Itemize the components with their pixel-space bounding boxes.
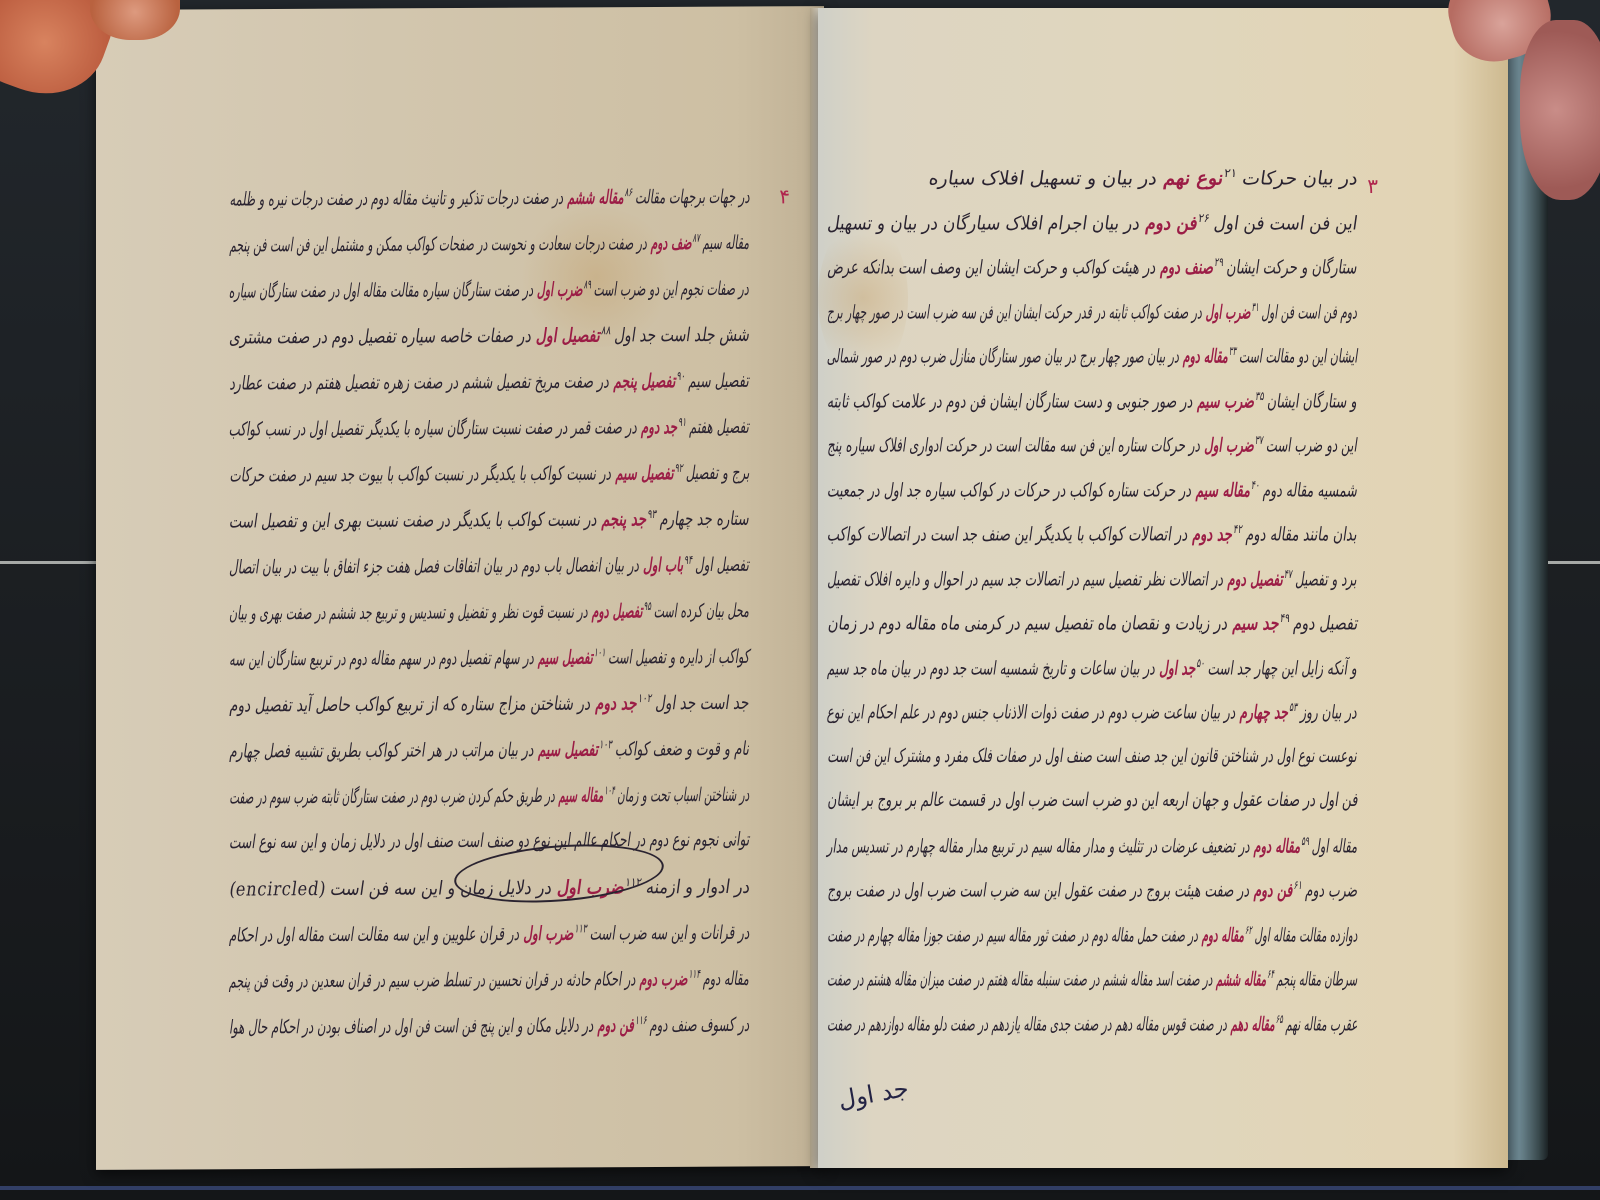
manuscript-line: برج و تفصیل ۹۲تفصیل سیم در نسبت کواکب با… [228,460,751,486]
manuscript-line: مقاله سیم ۸۷ضف دوم در صفت درجات سعادت و … [229,230,752,256]
rubric-heading: ضرب اول [533,279,586,301]
rubric-heading: ضف دوم [646,232,694,254]
line-text: در بیان روز [1296,701,1359,723]
line-text: دوم فن است فن اول [1257,301,1359,323]
line-text: در دلایل مکان و این پنج فن است فن اول در… [228,1015,595,1039]
rubric-heading: تفصیل سیم [533,647,595,669]
line-text: تفصیل هفتم [685,416,752,438]
rubric-heading: تفصیل سیم [533,739,601,761]
manuscript-line: در صفات نجوم این دو ضرب است ۸۹ضرب اول در… [228,276,751,302]
line-text: نوعست نوع اول [1273,745,1360,767]
manuscript-line: نوعست نوع اول در شناختن قانون این جد صنف… [827,745,1360,767]
line-text: در بیان و تسهیل افلاک سیاره [927,167,1158,189]
rubric-heading: جد دوم [590,692,640,714]
rubric-heading: تفصیل دوم [1223,568,1286,590]
line-text: ضرب دوم [1300,879,1359,901]
rubric-heading: جد چهارم [1235,701,1291,723]
line-text: نام و قوت و ضعف کواکب [610,738,751,761]
manuscript-text-left: در جهات برجهات مقالت ۸۶مقاله ششم در صفت … [230,184,750,1047]
line-text: ستارگان و حرکت ایشان [1222,256,1360,278]
page-number: ۴ [779,184,790,208]
rubric-heading: تفصیل دوم [587,600,645,622]
line-text: در جهات برجهات مقالت [630,186,751,209]
manuscript-text-right: در بیان حرکات ۲۱نوع نهم در بیان و تسهیل … [828,166,1358,1046]
rubric-heading: ضرب اول [1201,301,1253,323]
rubric-heading: مقاله سیم [554,785,606,807]
line-text: مقاله سیم [698,232,751,254]
line-text: در صفت اسد مقاله ششم در صفت سنبله مقاله … [826,968,1214,990]
manuscript-line: ستاره جد چهارم ۹۳جد پنجم در نسبت کواکب ب… [228,506,751,532]
rubric-heading: مقاله دوم [1249,835,1303,857]
line-text: در ادوار و ازمنه [639,876,751,899]
rubric-heading: باب اول [638,554,685,576]
line-text: در بیان صور چهار برج در بیان صور ستارگان… [826,345,1181,367]
line-text: در تضعیف عرضات در تثلیث و مدار مقاله سیم… [826,835,1252,857]
manuscript-line: در جهات برجهات مقالت ۸۶مقاله ششم در صفت … [228,184,751,210]
line-text: در اتصالات کواکب با یکدیگر این صنف جد اس… [826,523,1190,545]
line-text: در شناختن قانون این جد صنف است صنف اول د… [827,745,1276,767]
rubric-heading: جد دوم [1187,523,1235,545]
manuscript-line: تفصیل سیم ۹۰تفصیل پنجم در صفت مریخ تفصیل… [229,368,752,394]
rubric-heading: جد دوم [636,416,679,438]
line-text: در بیان مراتب در هر اختر کواکب بطریق تشب… [229,739,537,763]
line-text: در صفت کواکب ثابته در قدر حرکت ایشان این… [826,301,1204,323]
rubric-heading: مقاله دوم [1197,924,1246,946]
manuscript-line: ستارگان و حرکت ایشان ۲۹صنف دوم در هیئت ک… [827,255,1360,278]
line-text: این فن است فن اول [1208,212,1360,234]
line-text: در صفت درجات تذکیر و تانیث مقاله دوم در … [228,187,565,211]
line-text: شمسیه مقاله دوم [1258,479,1359,501]
manuscript-line: برد و تفصیل ۴۷تفصیل دوم در اتصالات نظر ت… [827,567,1360,590]
line-text: در صفت قمر در صفت نسبت ستارگان سیاره با … [228,416,639,440]
rubric-heading: ضرب اول [518,923,576,945]
manuscript-line: و ستارگان ایشان ۳۵ضرب سیم در صور جنوبی و… [827,389,1360,412]
line-text: در بیان اجرام افلاک سیارگان در بیان و تس… [827,212,1142,234]
table-stripe [0,561,110,564]
manuscript-line: کواکب از دایره و تفصیل است ۱۰۱تفصیل سیم … [228,644,751,670]
line-text: در صفات عقول و جهان اربعه این دو ضرب است… [826,789,1317,811]
line-text: در اتصالات نظر تفصیل سیم در اتصالات جد س… [827,568,1226,590]
line-text: و آنکه زایل این چهار جد است [1203,657,1359,679]
line-text: در شناختن مزاج ستاره که از تربیع کواکب ح… [229,693,593,717]
line-text: در نسبت قوت نظر و تفضیل و تسدیس و تربیع … [228,601,590,625]
rubric-heading: نوع نهم [1156,167,1225,189]
line-text: تفصیل دوم [1287,612,1359,634]
line-text: در صفت ستارگان سیاره مقالت مقاله اول در … [228,279,535,303]
manuscript-line: سرطان مقاله پنجم ۶۴مقاله ششم در صفت اسد … [826,967,1359,990]
line-text: در طریق حکم کردن ضرب دوم در صفت ستارگان … [228,785,557,809]
line-text: در کسوف صنف دوم [645,1014,751,1037]
line-text: در نسبت کواکب با یکدیگر در نسبت کواکب با… [228,463,613,487]
line-text: در صفات خاصه سیاره تفصیل دوم در صفت مشتر… [228,325,533,349]
manuscript-line: تفصیل اول ۹۴باب اول در بیان انفصال باب د… [228,552,751,578]
rubric-heading: مقاله ششم [1212,968,1269,990]
rubric-heading: مقاله ششم [562,186,626,208]
manuscript-line: این فن است فن اول ۲۶فن دوم در بیان اجرام… [827,211,1360,234]
page-number: ۳ [1367,174,1378,198]
manuscript-line: ضرب دوم ۶۱فن دوم در صفت هیئت بروج در صفت… [826,878,1359,901]
rubric-heading: جد اول [1154,657,1198,679]
manuscript-line: فن اول در صفات عقول و جهان اربعه این دو … [826,789,1359,811]
line-text: در زیادت و نقصان ماه تفصیل سیم در کرمنی … [826,612,1229,634]
manuscript-line: در بیان روز ۵۳جد چهارم در بیان ساعت ضرب … [826,700,1359,723]
line-text: برج و تفصیل [681,462,752,484]
rubric-heading: ضرب سیم [1192,390,1257,412]
manuscript-line: شمسیه مقاله دوم ۴۰مقاله سیم در حرکت ستار… [826,478,1359,501]
left-page: ۴ در جهات برجهات مقالت ۸۶مقاله ششم در صف… [96,6,824,1170]
manuscript-line: در قرانات و این سه ضرب است ۱۱۳ضرب اول در… [228,920,752,946]
rubric-heading: ضرب دوم [635,968,690,990]
line-text: در هیئت کواکب و حرکت ایشان این وصف است ب… [827,256,1158,278]
line-text: و ستارگان ایشان [1262,390,1359,412]
line-text: در بیان ساعت ضرب دوم در صفت ذوات الاذناب… [826,701,1238,723]
line-text: عقرب مقاله نهم [1281,1013,1360,1035]
rubric-heading: جد پنجم [596,508,649,530]
manuscript-line: مقاله دوم ۱۱۴ضرب دوم در احکام حادثه در ق… [228,966,751,992]
line-text: جد است جد اول [650,692,751,715]
line-text: در صفات نجوم این دو ضرب است [590,278,752,301]
manuscript-line: در شناختن اسباب تحت و زمان ۱۰۴مقاله سیم … [228,782,751,808]
line-text: در بیان حرکات [1235,167,1360,189]
line-text: کواکب از دایره و تفصیل است [604,646,752,669]
rubric-heading: تفصیل پنجم [608,370,678,392]
line-text: مقاله اول [1307,835,1359,857]
manuscript-line: شش جلد است جد اول ۸۸تفصیل اول در صفات خا… [228,322,751,348]
line-text: در حرکت ستاره کواکب در حرکات در کواکب سی… [826,479,1193,501]
line-text: در صور جنوبی و دست ستارگان ایشان فن دوم … [827,390,1196,412]
manuscript-line: مقاله اول ۵۹مقاله دوم در تضعیف عرضات در … [826,834,1359,857]
line-text: در صفت هیئت بروج در صفت عقول این سه ضرب … [826,879,1251,901]
line-text: تفصیل سیم [684,370,752,392]
line-text: برد و تفصیل [1291,568,1360,590]
manuscript-line: دوازده مقالت مقاله اول ۶۲مقاله دوم در صف… [826,923,1360,946]
line-text: ستاره جد چهارم [655,508,752,531]
right-hand-finger [1520,20,1600,200]
manuscript-line: نام و قوت و ضعف کواکب ۱۰۳تفصیل سیم در بی… [229,736,752,762]
rubric-heading: جد سیم [1226,612,1281,634]
line-text: مقاله دوم [699,968,752,990]
manuscript-line: و آنکه زایل این چهار جد است ۵۰جد اول در … [826,656,1359,679]
rubric-heading: فن دوم [1139,212,1200,234]
rubric-heading: فن دوم [593,1014,637,1036]
manuscript-line: عقرب مقاله نهم ۶۵مقاله دهم در صفت قوس مق… [826,1012,1360,1035]
rubric-heading: مقاله سیم [1191,479,1253,501]
manuscript-line: تفصیل دوم ۴۹جد سیم در زیادت و نقصان ماه … [826,611,1359,634]
table-edge [0,1186,1600,1190]
rubric-heading: مقاله دهم [1226,1013,1277,1035]
line-text: ایشان این دو مقالت است [1234,345,1359,367]
rubric-heading: فن دوم [1248,879,1294,901]
line-text: در بیان انفصال باب دوم در بیان اتفاقات ف… [228,554,641,578]
line-text: در صفت مریخ تفصیل ششم در صفت زهره تفصیل … [229,371,612,395]
line-text: محل بیان کرده است [650,600,752,623]
line-text: در قرانات و این سه ضرب است [585,922,752,945]
manuscript-line: توانی نجوم نوع دوم در احکام عالم این نوع… [228,828,751,853]
manuscript-line: جد است جد اول ۱۰۲جد دوم در شناختن مزاج س… [229,690,752,716]
manuscript-line: در بیان حرکات ۲۱نوع نهم در بیان و تسهیل … [927,166,1359,189]
rubric-heading: صنف دوم [1155,256,1216,278]
line-text: در صفت حمل مقاله دوم در صفت ثور مقاله سی… [826,924,1200,946]
manuscript-line: تفصیل هفتم ۹۱جد دوم در صفت قمر در صفت نس… [228,414,752,440]
line-text: توانی نجوم نوع دوم [645,828,752,851]
line-text: این دو ضرب است [1262,434,1360,456]
rubric-heading: تفصیل سیم [610,462,676,484]
manuscript-line: محل بیان کرده است ۹۵تفصیل دوم در نسبت قو… [228,598,751,624]
line-text: در احکام حادثه در قران نحسین در تسلط ضرب… [228,968,638,992]
line-text: در صفت درجات سعادت و نحوست در صفحات کواک… [229,232,650,256]
line-text: در بیان ساعات و تاریخ شمسیه است جد دوم د… [826,657,1157,679]
rubric-heading: مقاله دوم [1178,345,1230,367]
line-text: سرطان مقاله پنجم [1272,968,1359,990]
manuscript-line: بدان مانند مقاله دوم ۴۲جد دوم در اتصالات… [826,522,1359,545]
line-text: در سهام تفصیل دوم در سهم مقاله دوم در تر… [228,647,536,671]
manuscript-line: در کسوف صنف دوم ۱۱۶فن دوم در دلایل مکان … [228,1012,751,1038]
line-text: در قران علویین و این سه مقالت است مقاله … [228,923,521,947]
line-text: دوازده مقالت مقاله اول [1250,924,1359,946]
manuscript-line: دوم فن است فن اول ۳۱ضرب اول در صفت کواکب… [826,300,1359,323]
line-text: شش جلد است جد اول [609,324,752,347]
line-text: در نسبت کواکب با یکدیگر در صفت نسبت بهری… [228,509,599,533]
manuscript-line: ایشان این دو مقالت است ۳۳مقاله دوم در بی… [826,344,1360,367]
table-stripe [1540,561,1600,564]
rubric-heading: تفصیل اول [530,325,602,347]
line-text: در حرکات ستاره این فن سه مقالت است در حر… [827,434,1203,456]
line-text: بدان مانند مقاله دوم [1241,523,1360,545]
line-text: در صفت قوس مقاله دهم در صفت جدی مقاله یا… [826,1013,1229,1035]
line-text: در شناختن اسباب تحت و زمان [613,784,751,807]
rubric-heading: ضرب اول [1200,434,1257,456]
right-page: ۳ در بیان حرکات ۲۱نوع نهم در بیان و تسهی… [818,8,1508,1168]
line-text: فن اول [1314,789,1360,811]
manuscript-line: این دو ضرب است ۳۷ضرب اول در حرکات ستاره … [827,433,1360,456]
line-text: تفصیل اول [691,554,752,576]
